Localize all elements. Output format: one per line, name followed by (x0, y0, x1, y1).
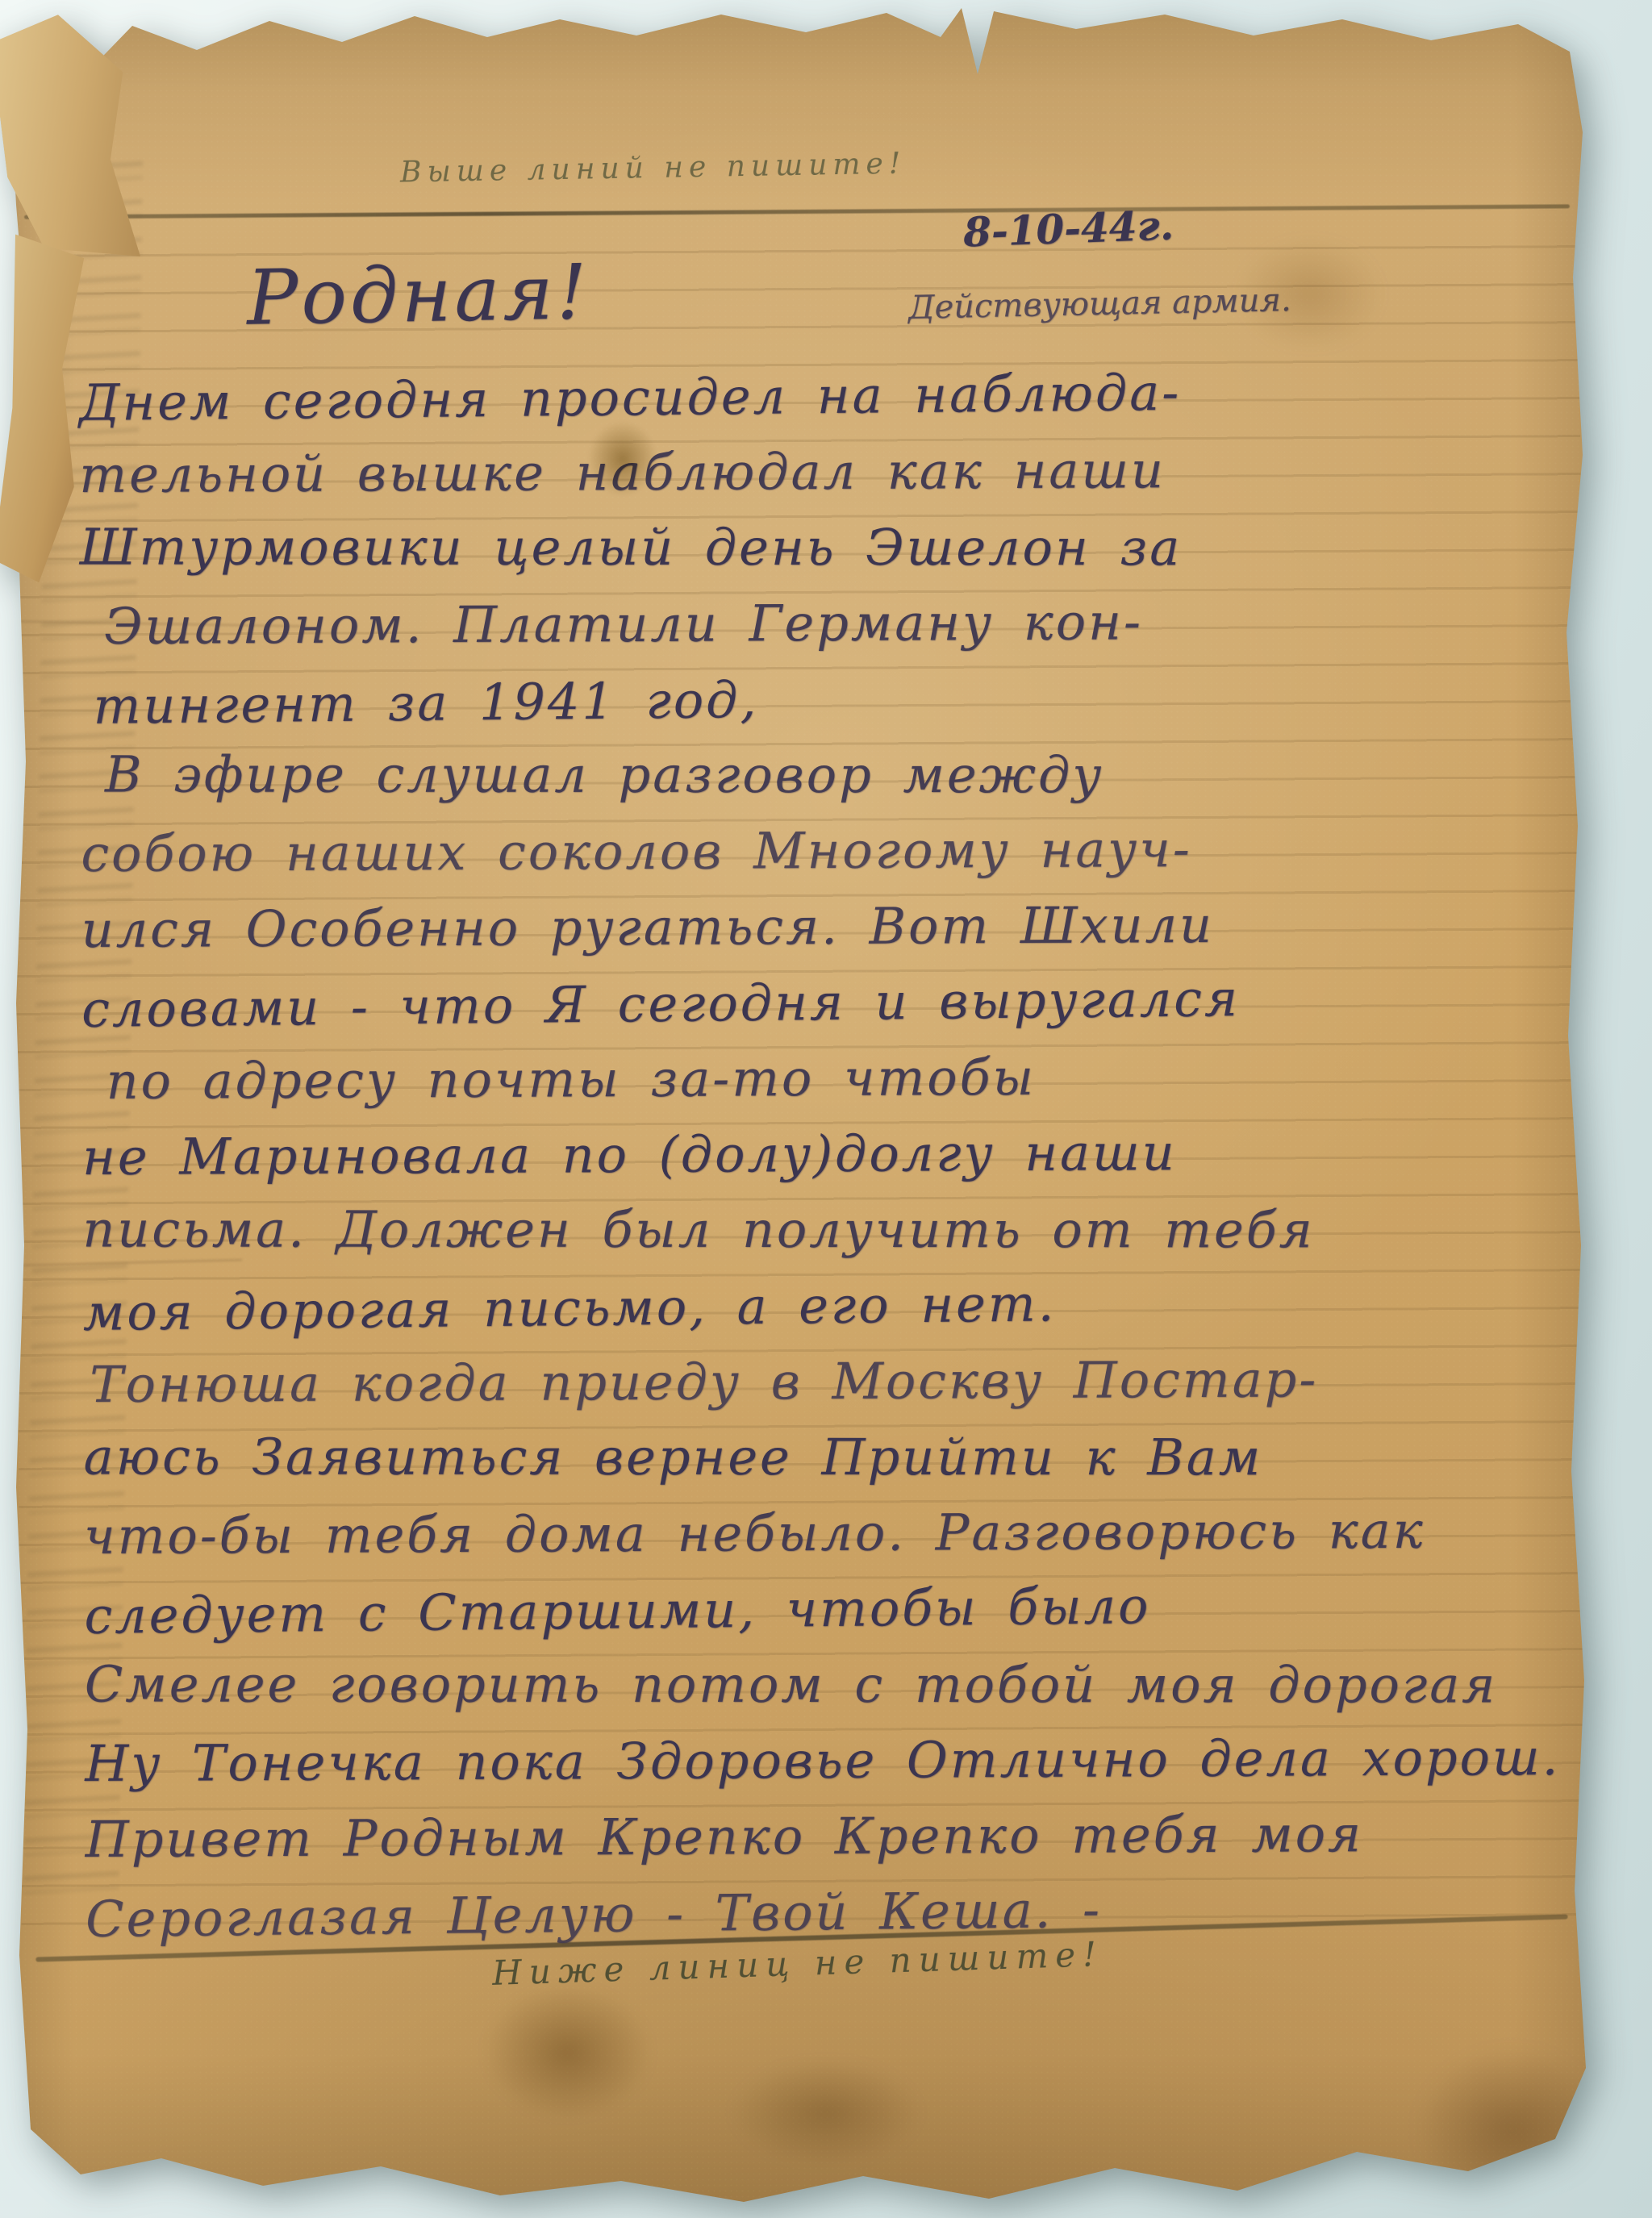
body-line: Днем сегодня просидел на наблюда- (78, 351, 1576, 441)
body-line: не Мариновала по (долу)долгу наши (82, 1113, 1579, 1195)
body-line: собою наших соколов Многому науч- (81, 810, 1578, 892)
body-line: тельной вышке наблюдал как наши (79, 431, 1576, 513)
body-line: Тонюша когда приеду в Москву Постар- (83, 1340, 1580, 1423)
body-line: аюсь Заявиться вернее Прийти к Вам (84, 1420, 1581, 1496)
bottom-stain (689, 2036, 963, 2189)
body-line: ился Особенно ругаться. Вот Шхили (81, 886, 1579, 968)
handwritten-date: 8-10-44г. (962, 201, 1174, 256)
letter-paper: Выше линий не пишите! 8-10-44г. Родная! … (11, 3, 1592, 2210)
body-line: Смелее говорить потом с тобой моя дорога… (85, 1647, 1582, 1724)
body-line: по адресу почты за-то чтобы (81, 1037, 1579, 1119)
body-line: Эшалоном. Платили Герману кон- (80, 582, 1577, 665)
body-line: Штурмовики целый день Эшелон за (80, 510, 1577, 586)
body-line: письма. Должен был получить от тебя (82, 1192, 1579, 1269)
corner-stain (1366, 2003, 1608, 2213)
body-line: Ну Тонечка пока Здоровье Отлично дела хо… (85, 1720, 1582, 1802)
letter-body: Днем сегодня просидел на наблюда- тельно… (79, 355, 1583, 1953)
letter-paper-wrapper: Выше линий не пишите! 8-10-44г. Родная! … (0, 0, 1652, 2218)
body-line: что-бы тебя дома небыло. Разговорюсь как (84, 1492, 1581, 1574)
photo-background: Выше линий не пишите! 8-10-44г. Родная! … (0, 0, 1652, 2218)
salutation: Родная! (246, 248, 590, 342)
body-line: Привет Родным Крепко Крепко тебя моя (85, 1795, 1582, 1878)
body-line: моя дорогая письмо, а его нет. (82, 1261, 1580, 1351)
body-line: В эфире слушал разговор между (81, 737, 1578, 814)
body-line: следует с Старшими, чтобы было (84, 1564, 1582, 1654)
printed-header: Выше линий не пишите! (400, 148, 907, 190)
body-line: словами - что Я сегодня и выругался (81, 957, 1579, 1048)
body-line: тингент за 1941 год, (80, 654, 1578, 744)
